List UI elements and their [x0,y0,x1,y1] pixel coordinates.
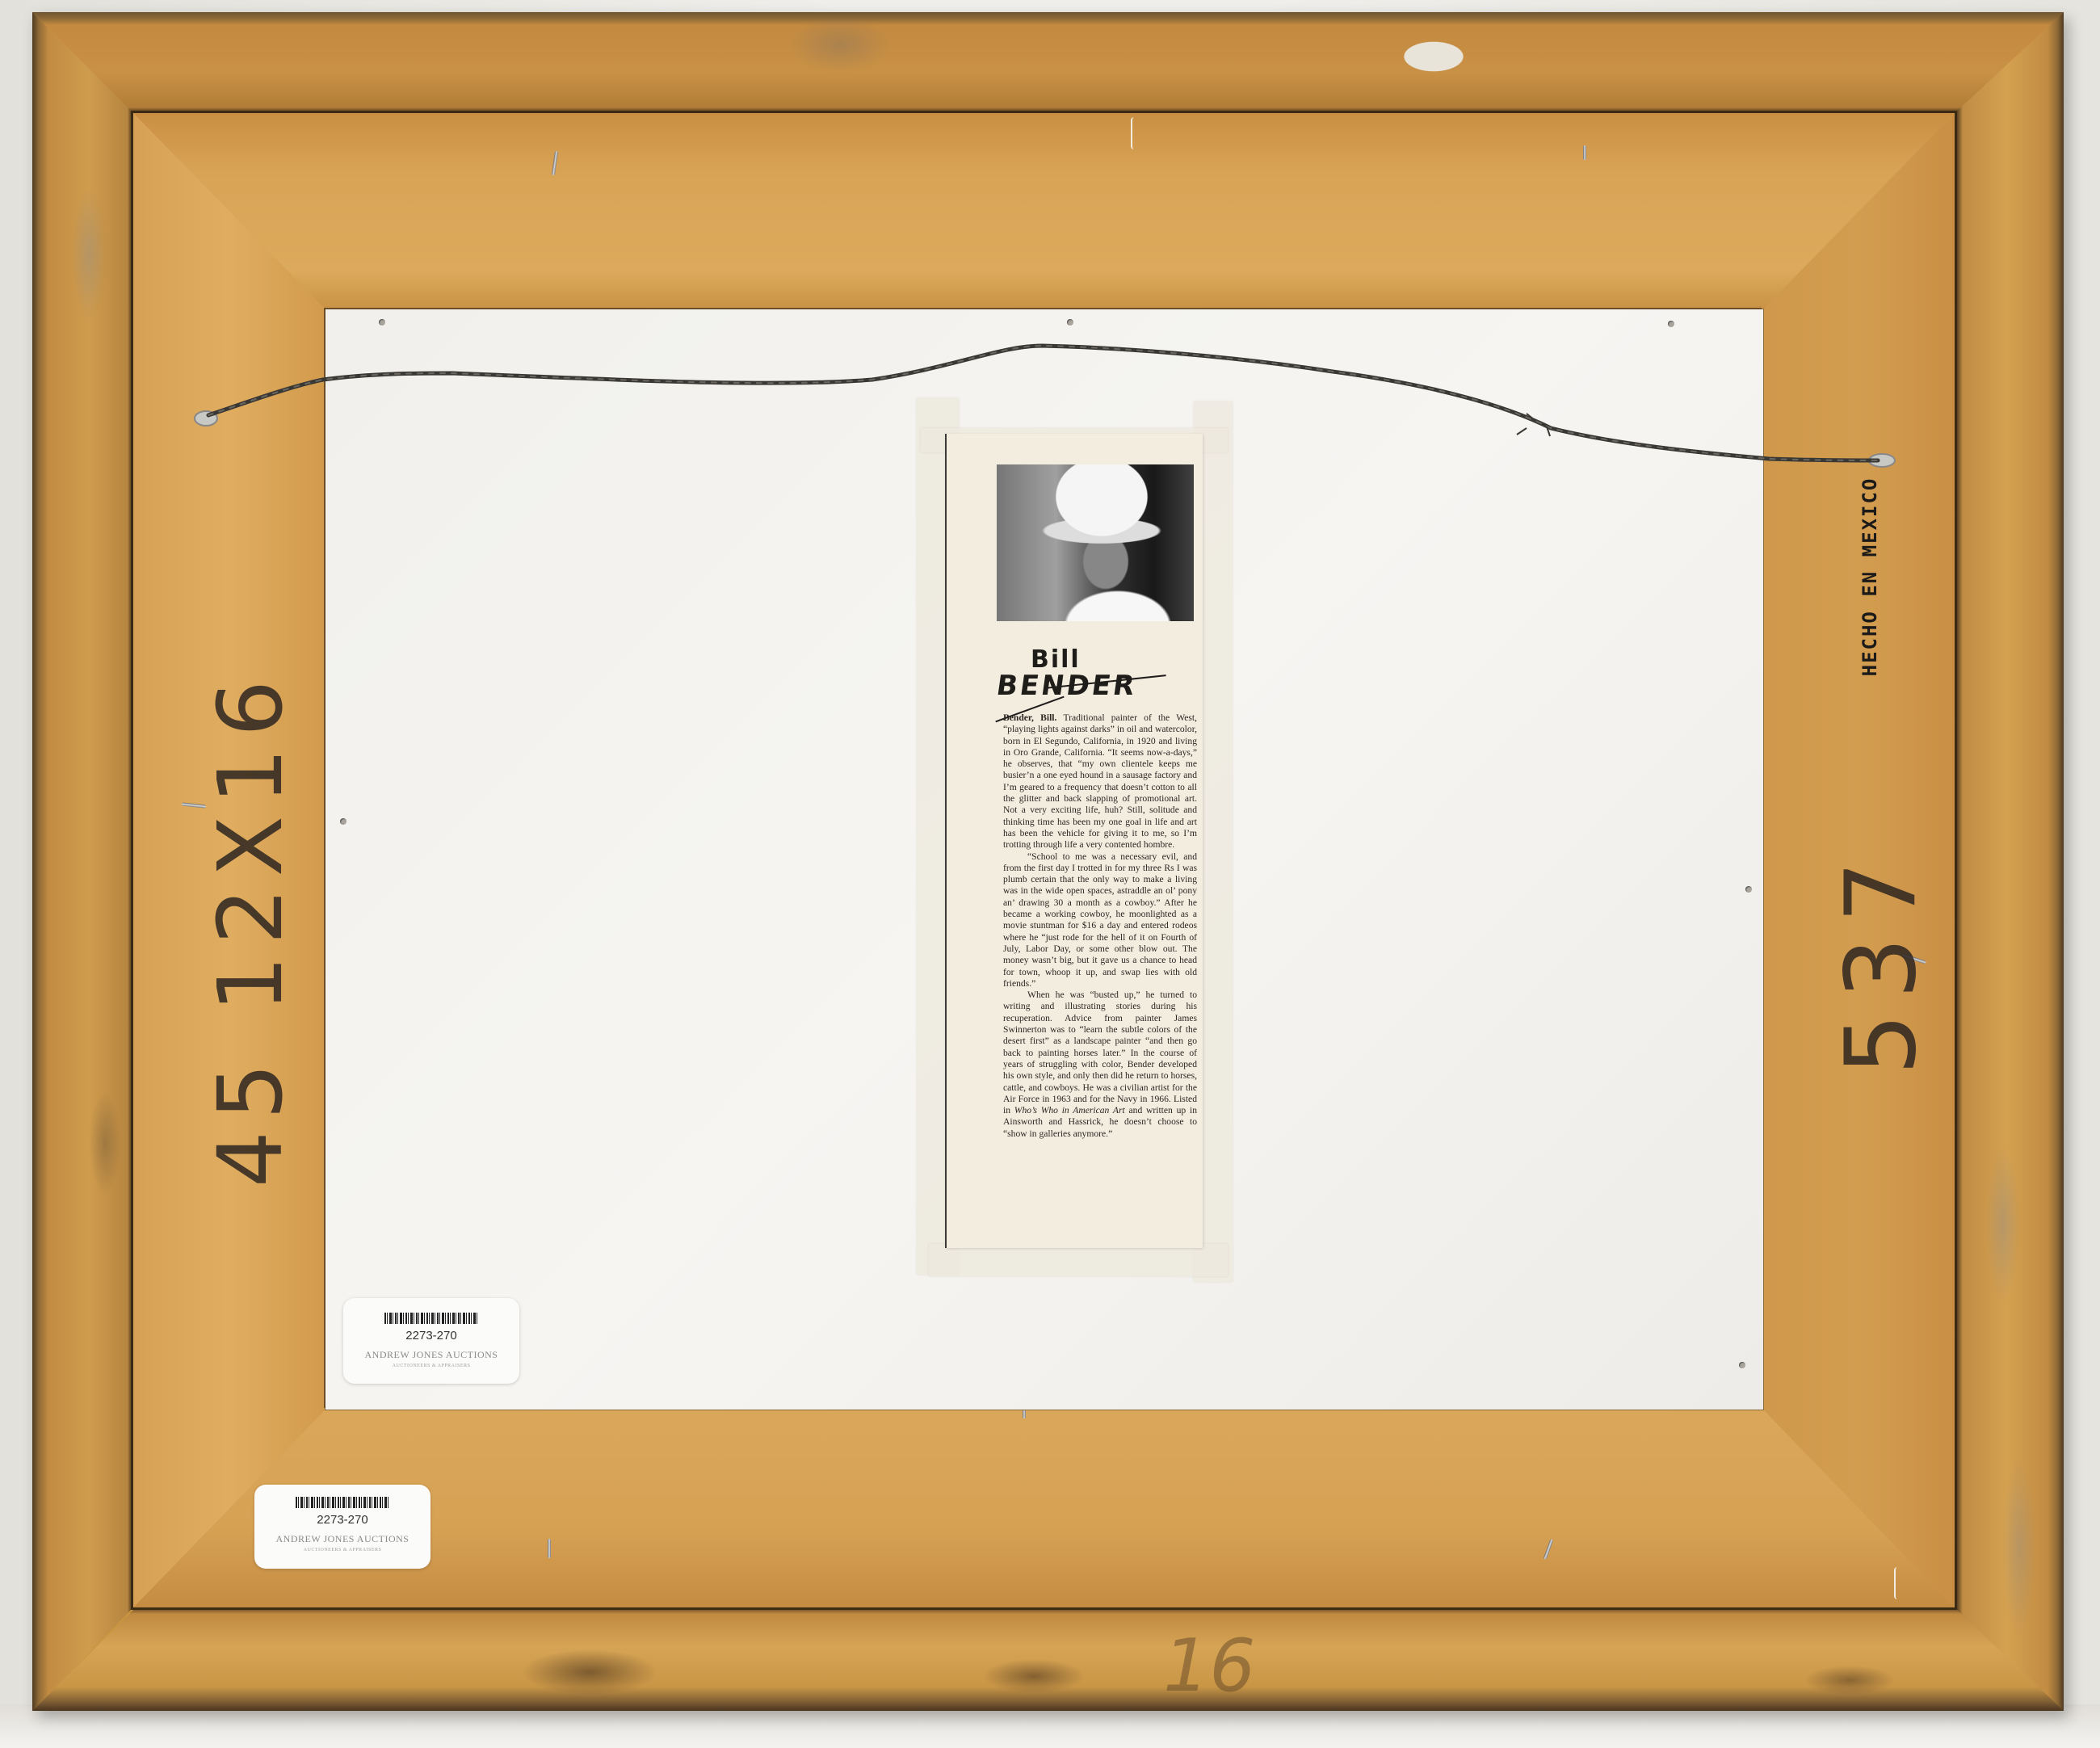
portrait-photo [997,464,1194,621]
artist-signature: Bill BENDER [997,645,1158,718]
nail [1583,145,1586,160]
bio-citation: Who’s Who in American Art [1014,1105,1125,1116]
tape-strip-bottom [929,1244,1228,1276]
handwritten-bottom-number: 16 [1163,1624,1256,1708]
nail [548,1539,551,1558]
bio-paragraph-2: “School to me was a necessary evil, and … [1003,851,1197,990]
auction-lot-label-board: 2273-270 ANDREW JONES AUCTIONS AUCTIONEE… [343,1298,519,1384]
auction-house-subtitle: AUCTIONEERS & APPRAISERS [254,1548,430,1553]
string-scrap [1894,1567,1900,1599]
bio-paragraph-1: Bender, Bill. Traditional painter of the… [1003,712,1197,851]
board-hole [1668,321,1674,327]
handwritten-inventory-number: 537 [1826,800,1938,1123]
outer-frame-right [1955,12,2064,1711]
outer-frame-bottom [32,1607,2064,1711]
floor-surface [0,1704,2100,1748]
signature-last-name: BENDER [994,670,1139,702]
board-hole [379,319,385,326]
lot-number: 2273-270 [343,1329,519,1343]
outer-frame-top [32,12,2064,113]
string-scrap [1131,117,1137,149]
barcode-icon [296,1497,389,1508]
newspaper-clipping: Bill BENDER Bender, Bill. Traditional pa… [945,434,1203,1248]
barcode-icon [384,1313,478,1324]
board-hole [1067,319,1073,326]
auction-house-name: ANDREW JONES AUCTIONS [254,1533,430,1545]
auction-lot-label-frame: 2273-270 ANDREW JONES AUCTIONS AUCTIONEE… [254,1485,430,1569]
board-hole [1745,886,1752,893]
origin-stamp: HECHO EN MEXICO [1858,456,1881,698]
board-hole [1739,1362,1745,1368]
auction-house-name: ANDREW JONES AUCTIONS [343,1349,519,1361]
handwritten-dimensions: 45 12X16 [199,621,302,1235]
outer-frame-left [32,12,133,1711]
bio-paragraph-3: When he was “busted up,” he turned to wr… [1003,990,1197,1140]
liner-top [133,113,1955,309]
bio-name: Bender, Bill. [1003,712,1056,723]
lot-number: 2273-270 [254,1513,430,1527]
auction-house-subtitle: AUCTIONEERS & APPRAISERS [343,1364,519,1368]
board-hole [340,818,346,825]
artist-biography: Bender, Bill. Traditional painter of the… [1003,712,1197,1140]
